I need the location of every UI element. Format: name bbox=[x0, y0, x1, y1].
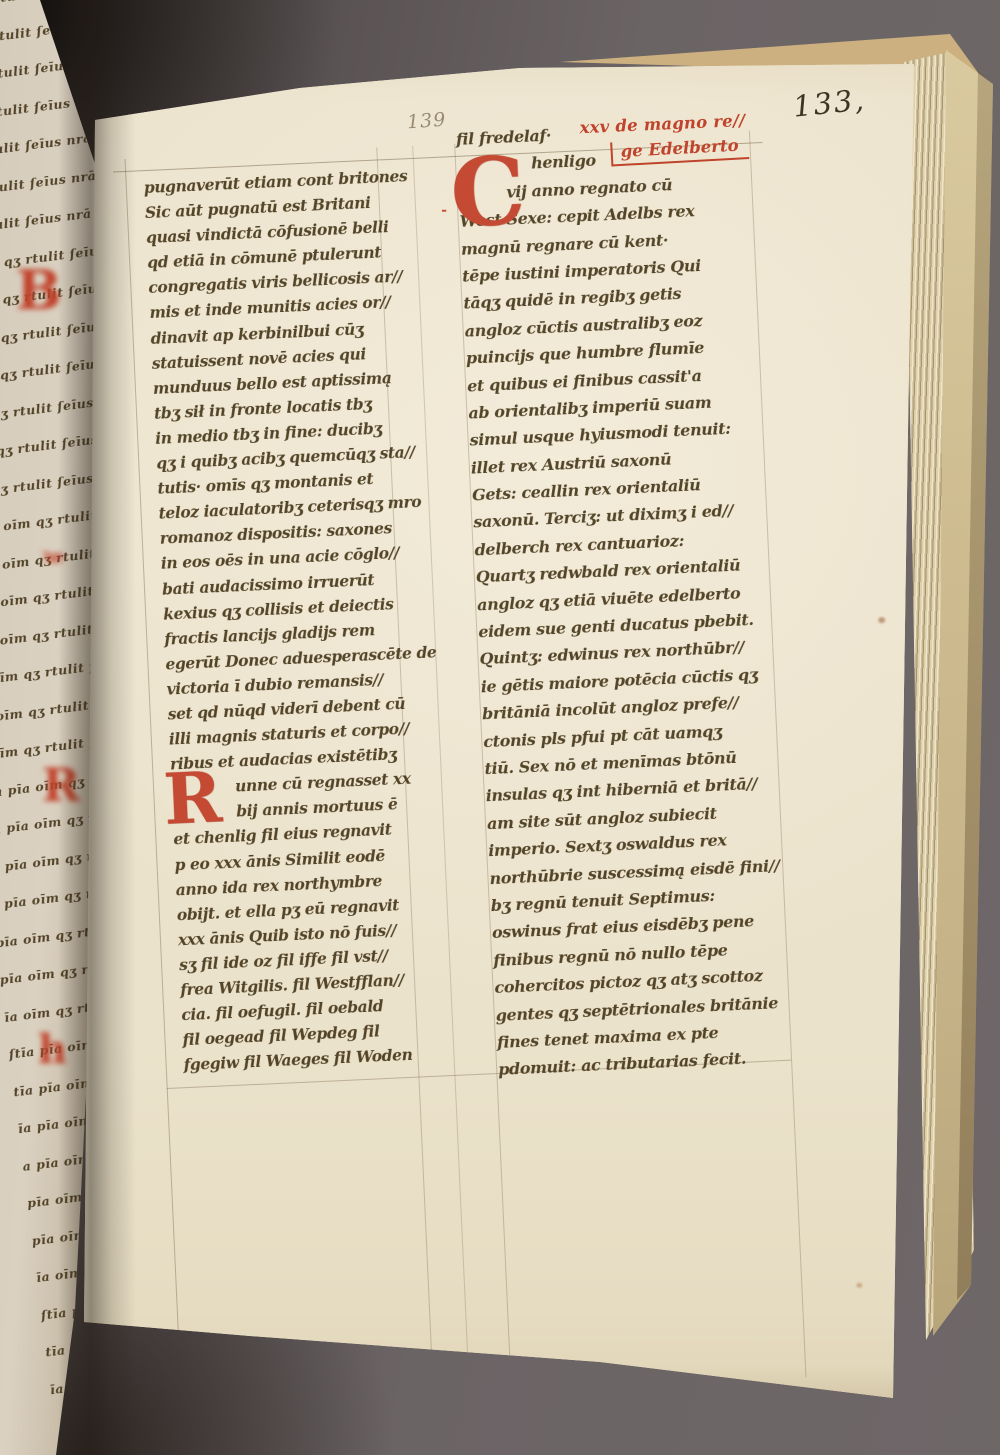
right-column: fil fredelaf· henligovij anno regnato cū… bbox=[456, 116, 804, 1088]
blurred-text-line: īa pīa oīm qʒ rtulit ſeīus nrā geſta fui… bbox=[49, 1355, 272, 1419]
parchment-stain bbox=[988, 482, 993, 487]
chapter-rubric: xxv de magno re// ge Edelberto bbox=[579, 111, 749, 168]
facing-page-red-mark: ꝛe bbox=[42, 542, 64, 569]
red-initial-r: R bbox=[162, 767, 223, 830]
parchment-stain bbox=[856, 1283, 862, 1288]
manuscript-photo: ſtīa pīa oīm qʒ rtulit ſeīus nrā geſta f… bbox=[0, 0, 1000, 1455]
left-column-paragraph-1: pugnaverūt etiam cont britonesSic aūt pu… bbox=[143, 166, 440, 780]
facing-page-red-initial-r: R bbox=[42, 758, 80, 812]
page-content: pugnaverūt etiam cont britonesSic aūt pu… bbox=[100, 23, 971, 1418]
red-margin-mark: - bbox=[441, 202, 448, 218]
facing-page-red-initial-b: B bbox=[16, 258, 62, 322]
right-column-paragraph: henligovij anno regnato cūWest Sexe: cep… bbox=[457, 143, 804, 1087]
rubric-line-1: xxv de magno re// bbox=[579, 111, 748, 138]
left-column: pugnaverūt etiam cont britonesSic aūt pu… bbox=[143, 166, 454, 1081]
red-initial-c: C bbox=[449, 151, 527, 234]
facing-page-red-initial-h: h bbox=[38, 1026, 67, 1073]
manuscript-page: 133, 139 pugnaverūt etiam cont britonesS… bbox=[0, 0, 1000, 1455]
parchment-stain bbox=[878, 617, 885, 623]
